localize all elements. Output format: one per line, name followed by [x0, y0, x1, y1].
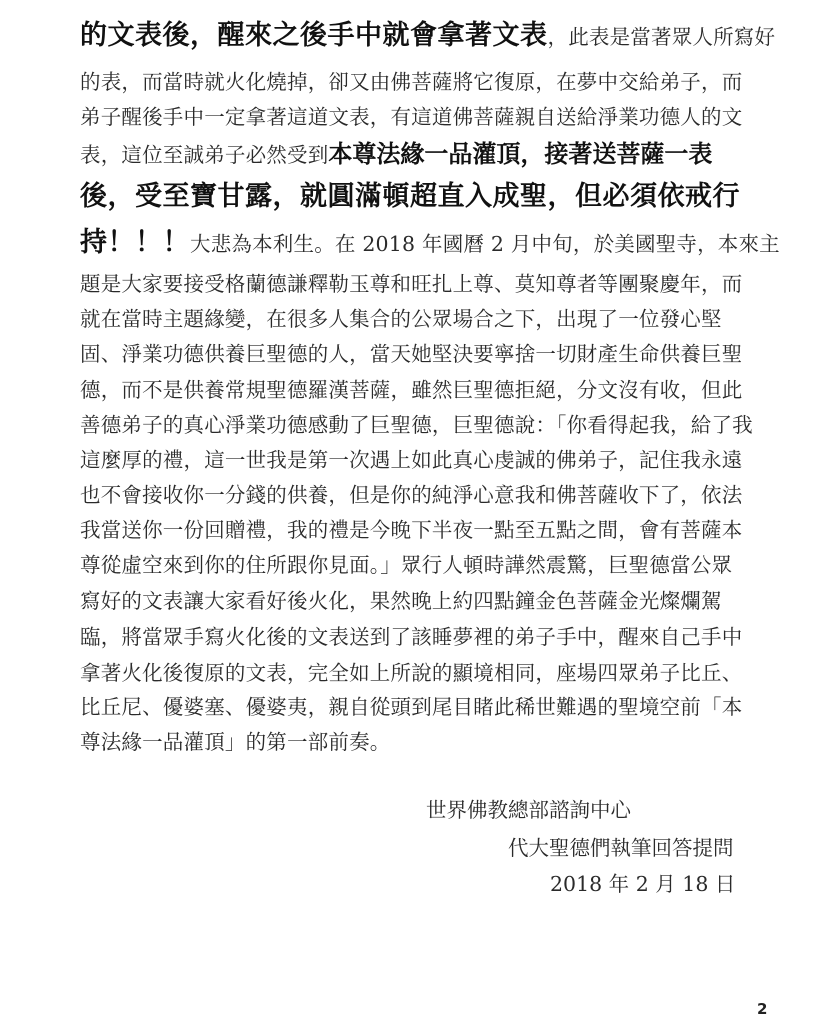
body-text: 寫好的文表讓大家看好後火化，果然晚上約四點鐘金色菩薩金光燦爛駕: [80, 589, 722, 613]
body-text: 尊法緣一品灌頂」的第一部前奏。: [80, 730, 391, 754]
body-text: 題是大家要接受格蘭德謙釋勒玉尊和旺扎上尊、莫知尊者等團聚慶年，而: [80, 272, 742, 296]
body-text: 就在當時主題緣變，在很多人集合的公眾場合之下，出現了一位發心堅: [80, 307, 722, 331]
body-line: 的表，而當時就火化燒掉，卻又由佛菩薩將它復原，在夢中交給弟子，而: [80, 72, 742, 93]
body-text: 也不會接收你一分錢的供養，但是你的純淨心意我和佛菩薩收下了，依法: [80, 483, 742, 507]
body-text: 表，這位至誠弟子必然受到: [80, 143, 328, 167]
emphasis-text: 本尊法緣一品灌頂，接著送菩薩一表: [328, 140, 712, 168]
body-line: 善德弟子的真心淨業功德感動了巨聖德，巨聖德說：「你看得起我，給了我: [80, 415, 753, 436]
body-text: 比丘尼、優婆塞、優婆夷，親自從頭到尾目睹此稀世難遇的聖境空前「本: [80, 695, 742, 719]
body-line: 表，這位至誠弟子必然受到本尊法緣一品灌頂，接著送菩薩一表: [80, 142, 712, 166]
body-line: 拿著火化後復原的文表，完全如上所說的顯境相同，座場四眾弟子比丘、: [80, 663, 742, 684]
signature-role: 代大聖德們執筆回答提問: [508, 838, 734, 859]
body-text: 臨，將當眾手寫火化後的文表送到了該睡夢裡的弟子手中，醒來自己手中: [80, 625, 742, 649]
body-line: 德，而不是供養常規聖德羅漢菩薩，雖然巨聖德拒絕，分文沒有收，但此: [80, 380, 742, 401]
body-line: 也不會接收你一分錢的供養，但是你的純淨心意我和佛菩薩收下了，依法: [80, 485, 742, 506]
body-line: 後，受至寶甘露，就圓滿頓超直入成聖，但必須依戒行: [80, 183, 740, 210]
body-text: 的表，而當時就火化燒掉，卻又由佛菩薩將它復原，在夢中交給弟子，而: [80, 70, 742, 94]
body-text: 德，而不是供養常規聖德羅漢菩薩，雖然巨聖德拒絕，分文沒有收，但此: [80, 378, 742, 402]
body-line: 持！！！大悲為本利生。在 2018 年國曆 2 月中旬，於美國聖寺，本來主: [80, 229, 780, 256]
body-text: 這麼厚的禮，這一世我是第一次遇上如此真心虔誠的佛弟子，記住我永遠: [80, 448, 742, 472]
body-line: 固、淨業功德供養巨聖德的人，當天她堅決要寧捨一切財產生命供養巨聖: [80, 344, 742, 365]
body-line: 寫好的文表讓大家看好後火化，果然晚上約四點鐘金色菩薩金光燦爛駕: [80, 591, 722, 612]
body-text: 大悲為本利生。在 2018 年國曆 2 月中旬，於美國聖寺，本來主: [190, 232, 780, 256]
body-line: 弟子醒後手中一定拿著這道文表，有這道佛菩薩親自送給淨業功德人的文: [80, 107, 742, 128]
emphasis-text: 持！！！: [80, 227, 190, 258]
body-line: 這麼厚的禮，這一世我是第一次遇上如此真心虔誠的佛弟子，記住我永遠: [80, 450, 742, 471]
body-text: 尊從虛空來到你的住所跟你見面。」眾行人頓時譁然震驚，巨聖德當公眾: [80, 553, 732, 577]
body-text: 善德弟子的真心淨業功德感動了巨聖德，巨聖德說：「你看得起我，給了我: [80, 413, 753, 437]
signature-organization: 世界佛教總部諮詢中心: [426, 800, 631, 821]
body-text: ，此表是當著眾人所寫好: [548, 25, 776, 49]
emphasis-text: 的文表後，醒來之後手中就會拿著文表: [80, 20, 548, 51]
body-line: 題是大家要接受格蘭德謙釋勒玉尊和旺扎上尊、莫知尊者等團聚慶年，而: [80, 274, 742, 295]
emphasis-text: 後，受至寶甘露，就圓滿頓超直入成聖，但必須依戒行: [80, 181, 740, 212]
body-line: 尊從虛空來到你的住所跟你見面。」眾行人頓時譁然震驚，巨聖德當公眾: [80, 555, 732, 576]
body-line: 臨，將當眾手寫火化後的文表送到了該睡夢裡的弟子手中，醒來自己手中: [80, 627, 742, 648]
signature-date: 2018 年 2 月 18 日: [550, 874, 735, 895]
body-text: 拿著火化後復原的文表，完全如上所說的顯境相同，座場四眾弟子比丘、: [80, 661, 742, 685]
body-text: 固、淨業功德供養巨聖德的人，當天她堅決要寧捨一切財產生命供養巨聖: [80, 342, 742, 366]
page-number: 2: [757, 1000, 767, 1018]
body-text: 弟子醒後手中一定拿著這道文表，有這道佛菩薩親自送給淨業功德人的文: [80, 105, 742, 129]
body-line: 比丘尼、優婆塞、優婆夷，親自從頭到尾目睹此稀世難遇的聖境空前「本: [80, 697, 742, 718]
body-line: 的文表後，醒來之後手中就會拿著文表，此表是當著眾人所寫好: [80, 22, 775, 49]
body-line: 我當送你一份回贈禮，我的禮是今晚下半夜一點至五點之間，會有菩薩本: [80, 520, 742, 541]
body-text: 我當送你一份回贈禮，我的禮是今晚下半夜一點至五點之間，會有菩薩本: [80, 518, 742, 542]
body-line: 尊法緣一品灌頂」的第一部前奏。: [80, 732, 391, 753]
body-line: 就在當時主題緣變，在很多人集合的公眾場合之下，出現了一位發心堅: [80, 309, 722, 330]
